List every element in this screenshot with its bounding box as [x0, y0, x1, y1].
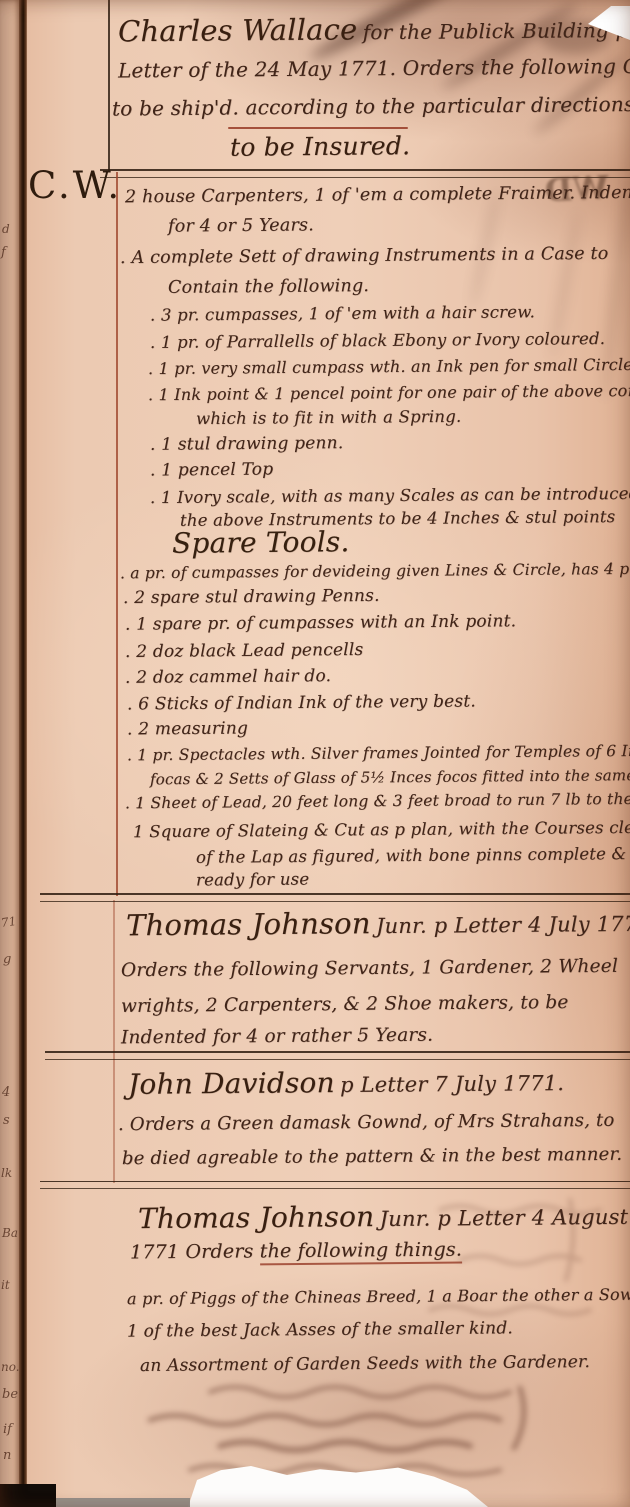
red-underline: [228, 127, 408, 129]
list-item: . 2 spare stul drawing Penns.: [123, 586, 380, 608]
list-item: . 1 pencel Top: [150, 459, 273, 480]
entry-line: Letter of the 24 May 1771. Orders the fo…: [118, 54, 630, 83]
gutter-fragment: Ba: [2, 1226, 18, 1240]
gutter-fragment: no.: [1, 1360, 20, 1374]
entry-name: Thomas Johnson: [126, 906, 371, 942]
entry-line: to be ship'd. according to the particula…: [112, 91, 630, 120]
entry-name-suffix: Junr. p Letter 4 August: [380, 1205, 629, 1231]
entry-line: 1771 Orders the following things.: [130, 1239, 462, 1264]
book-binding: [19, 0, 27, 1507]
underlined-phrase: the following things.: [260, 1239, 463, 1266]
entry-line: be died agreable to the pattern & in the…: [122, 1144, 622, 1169]
list-item: for 4 or 5 Years.: [168, 215, 314, 236]
entry-line: Indented for 4 or rather 5 Years.: [121, 1025, 433, 1049]
margin-initials: C.W.: [28, 164, 122, 207]
list-item: . 1 Sheet of Lead, 20 feet long & 3 feet…: [125, 790, 630, 813]
list-item: . 1 Ivory scale, with as many Scales as …: [150, 484, 630, 507]
list-item: . 2 doz cammel hair do.: [125, 666, 331, 688]
scan-background-strip: [56, 1498, 190, 1507]
list-item: . 6 Sticks of Indian Ink of the very bes…: [127, 691, 476, 714]
entry-line: wrights, 2 Carpenters, & 2 Shoe makers, …: [121, 992, 569, 1017]
scan-background-corner: [0, 1484, 56, 1507]
gutter-fragment: be: [2, 1387, 18, 1402]
list-item: . 1 stul drawing penn.: [150, 433, 344, 455]
gutter-fragment: f: [1, 245, 6, 260]
entry-name-suffix: p Letter 7 July 1771.: [340, 1071, 564, 1097]
entry-name-suffix: for the Publick Building p J.C: [363, 18, 630, 45]
entry-line: an Assortment of Garden Seeds with the G…: [140, 1352, 590, 1376]
list-subheading: Spare Tools.: [172, 525, 350, 560]
ink-bleedthrough: [90, 1378, 630, 1488]
gutter-fragment: g: [3, 952, 11, 967]
list-item: . 2 doz black Lead pencells: [125, 640, 364, 662]
manuscript-page: d f 71 g 4 s lk Ba it no. be if n Charle…: [0, 0, 630, 1507]
entry-line: a pr. of Piggs of the Chineas Breed, 1 a…: [127, 1285, 630, 1308]
gutter-fragment: 71: [0, 914, 17, 930]
entry-name: John Davidson: [128, 1066, 335, 1101]
list-item: of the Lap as figured, with bone pinns c…: [196, 844, 627, 867]
red-margin-rule: [113, 900, 115, 1183]
entry-line-prefix: 1771 Orders: [130, 1240, 260, 1263]
list-item: ready for use: [196, 870, 309, 890]
list-item: . 1 pr. Spectacles wth. Silver frames Jo…: [127, 742, 630, 765]
list-item: . 1 spare pr. of cumpasses with an Ink p…: [125, 611, 516, 634]
section-divider: [45, 1051, 630, 1060]
gutter-fragment: 4: [2, 1085, 10, 1100]
list-item: . 3 pr. cumpasses, 1 of 'em with a hair …: [150, 302, 535, 324]
entry-line: . Orders a Green damask Gownd, of Mrs St…: [118, 1110, 615, 1135]
gutter-fragment: n: [3, 1448, 11, 1463]
list-item: . A complete Sett of drawing Instruments…: [120, 244, 609, 268]
list-item: focas & 2 Setts of Glass of 5½ Inces foc…: [150, 766, 630, 789]
entry-line: Orders the following Servants, 1 Gardene…: [121, 956, 618, 981]
list-item: . a pr. of cumpasses for devideing given…: [120, 560, 630, 583]
gutter-fragment: d: [2, 222, 10, 236]
entry-name-suffix: Junr. p Letter 4 July 1771.: [376, 912, 630, 938]
entry-heading: John Davidson p Letter 7 July 1771.: [128, 1064, 564, 1101]
entry-name: Charles Wallace: [118, 12, 358, 48]
list-item: which is to fit in with a Spring.: [196, 407, 462, 428]
entry-heading: Thomas Johnson Junr. p Letter 4 August: [138, 1198, 628, 1235]
header-margin-rule: [108, 0, 110, 171]
entry-line: 1 of the best Jack Asses of the smaller …: [127, 1318, 513, 1341]
gutter-fragment: it: [1, 1278, 10, 1292]
list-item: . 1 pr. of Parrallells of black Ebony or…: [150, 329, 605, 352]
section-divider: [40, 893, 630, 902]
gutter-fragment: s: [3, 1113, 10, 1128]
red-margin-rule: [116, 172, 118, 896]
list-item: . 1 pr. very small cumpass wth. an Ink p…: [148, 355, 630, 378]
entry-subheading: to be Insured.: [230, 131, 410, 162]
entry-heading: Thomas Johnson Junr. p Letter 4 July 177…: [126, 904, 630, 943]
torn-bottom-edge: [188, 1466, 488, 1507]
list-item: . 2 measuring: [127, 718, 248, 739]
gutter-fragment: if: [3, 1422, 12, 1437]
list-item: 1 Square of Slateing & Cut as p plan, wi…: [133, 818, 630, 842]
gutter-fragment: lk: [1, 1166, 12, 1180]
list-item: . 1 Ink point & 1 pencel point for one p…: [148, 381, 630, 405]
entry-heading: Charles Wallace for the Publick Building…: [118, 10, 630, 49]
list-item: Contain the following.: [168, 276, 369, 298]
entry-name: Thomas Johnson: [138, 1200, 375, 1235]
section-divider: [40, 1181, 630, 1189]
